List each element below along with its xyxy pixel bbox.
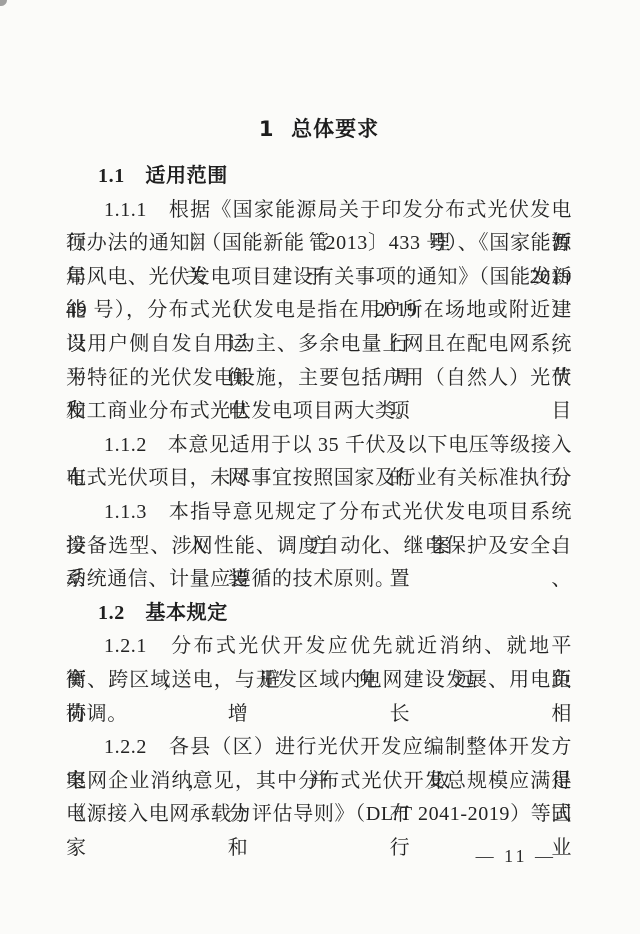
text-line: 1.1.3 本指导意见规定了分布式光伏发电项目系统接入方案、 — [66, 496, 572, 530]
text-line: 以用户侧自发自用为主、多余电量上网且在配电网系统平衡调节 — [66, 328, 572, 362]
text-line: 1.2.2 各县（区）进行光伏开发应编制整体开发方案，并取得 — [66, 731, 572, 765]
text-line: 49 号），分布式光伏发电是指在用户所在场地或附近建设运行， — [66, 294, 572, 328]
scan-artifact — [0, 0, 7, 6]
text-line: 电网企业消纳意见，其中分布式光伏开发总规模应满足《分布式 — [66, 765, 572, 799]
page-number: — 11 — — [476, 844, 556, 868]
text-line: 1.1.1 根据《国家能源局关于印发分布式光伏发电项目管理暂 — [66, 194, 572, 228]
section-heading-1-2: 1.2 基本规定 — [66, 597, 572, 631]
text-line: 布式光伏项目，未尽事宜按照国家及行业有关标准执行。 — [66, 462, 572, 496]
text-line: 设备选型、涉网性能、调度自动化、继电保护及安全自动装置、 — [66, 530, 572, 564]
text-line: 1.1.2 本意见适用于以 35 千伏及以下电压等级接入电网的分 — [66, 429, 572, 463]
text-line: 1.2.1 分布式光伏开发应优先就近消纳、就地平衡，避免远距 — [66, 630, 572, 664]
text-line: 离、跨区域送电，与开发区域内电网建设发展、用电负荷增长相 — [66, 664, 572, 698]
text-line: 为特征的光伏发电设施，主要包括户用（自然人）光伏发电项目 — [66, 362, 572, 396]
document-page: 1 总体要求 1.1 适用范围 1.1.1 根据《国家能源局关于印发分布式光伏发… — [0, 0, 640, 934]
text-line: 电源接入电网承载力评估导则》（DL/T 2041-2019）等国家和行业 — [66, 798, 572, 832]
page-title: 1 总体要求 — [66, 112, 572, 146]
text-line: 行办法的通知》（国能新能〔2013〕433 号）、《国家能源局关于 2019 — [66, 227, 572, 261]
section-heading-1-1: 1.1 适用范围 — [66, 160, 572, 194]
document-content: 1 总体要求 1.1 适用范围 1.1.1 根据《国家能源局关于印发分布式光伏发… — [66, 112, 572, 832]
text-line: 年风电、光伏发电项目建设有关事项的通知》（国能发新能〔2019〕 — [66, 261, 572, 295]
